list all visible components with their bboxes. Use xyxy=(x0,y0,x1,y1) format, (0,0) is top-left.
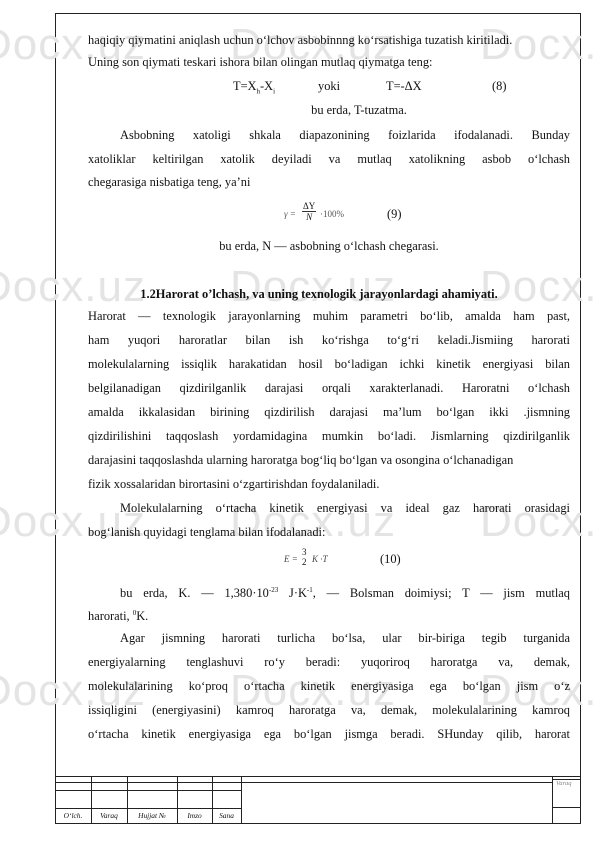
text-part: J·K xyxy=(278,586,307,600)
stamp-line xyxy=(552,807,581,808)
formula-part: γ = xyxy=(284,207,296,222)
text-line: Molekulalarning o‘rtacha kinetik energiy… xyxy=(88,501,570,516)
equation-number: (9) xyxy=(387,207,401,222)
text-part: K. xyxy=(136,609,148,623)
stamp-label-date: Sana xyxy=(212,811,241,820)
text-line: Uning son qiymati teskari ishora bilan o… xyxy=(88,55,570,70)
numerator: ΔY xyxy=(302,201,316,212)
text-line: belgilanadigan qizdirilganlik darajasi o… xyxy=(88,381,570,396)
sheet-number-label: Varaq xyxy=(556,780,572,787)
formula-note: bu erda, N — asbobning o‘lchash chegaras… xyxy=(88,239,570,254)
exponent: -23 xyxy=(269,586,278,594)
fraction: 32 xyxy=(301,547,308,567)
equation-number: (8) xyxy=(492,79,506,94)
text-line: haqiqiy qiymatini aniqlash uchun o‘lchov… xyxy=(88,33,570,48)
text-part: harorati, xyxy=(88,609,133,623)
text-line: Agar jismning harorati turlicha bo‘lsa, … xyxy=(88,631,570,646)
text-line: o‘rtacha kinetik energiyasiga ega bo‘lga… xyxy=(88,727,570,742)
formula-part: T=X xyxy=(233,79,257,93)
fraction: ΔYN xyxy=(302,201,316,222)
text-line: harorati, 0K. xyxy=(88,606,570,624)
text-line: xatoliklar keltirilgan xatolik deyiladi … xyxy=(88,152,570,167)
denominator: N xyxy=(302,212,316,222)
stamp-line xyxy=(552,776,553,824)
formula-part: -X xyxy=(260,79,273,93)
text-part: , — Bolsman doimiysi; T — jism mutlaq xyxy=(313,586,570,600)
stamp-label-document-no: Hujjat № xyxy=(127,811,177,820)
section-heading: 1.2Harorat o’lchash, va uning texnologik… xyxy=(78,287,560,302)
formula-9: γ = ΔYN ·100% (9) xyxy=(88,203,570,229)
stamp-line xyxy=(55,790,241,791)
formula-sub: i xyxy=(273,87,275,95)
stamp-label-measure: O‘lch. xyxy=(55,811,91,820)
formula-part: ·100% xyxy=(320,207,344,222)
formula-part: E = xyxy=(284,552,298,567)
text-line: amalda ikkalasidan birining qizdirilish … xyxy=(88,405,570,420)
text-part: bu erda, K. — 1,380·10 xyxy=(120,586,269,600)
text-line: fizik xossalaridan birortasini o‘zgartir… xyxy=(88,477,570,492)
text-line: molekulalarining ko‘proq o‘rtacha kineti… xyxy=(88,679,570,694)
text-line: bu erda, K. — 1,380·10-23 J·K-1, — Bolsm… xyxy=(88,583,570,601)
formula-part: T=-ΔX xyxy=(386,79,422,94)
formula-note: bu erda, T-tuzatma. xyxy=(118,103,595,118)
stamp-label-signature: Imzo xyxy=(177,811,212,820)
text-line: Asbobning xatoligi shkala diapazonining … xyxy=(88,128,570,143)
stamp-line xyxy=(241,776,242,824)
text-line: chegarasiga nisbatiga teng, ya’ni xyxy=(88,175,570,190)
stamp-line xyxy=(55,808,241,809)
text-line: qizdirilishini taqqoslash yordamidagina … xyxy=(88,429,570,444)
text-line: molekulalarning issiqlik harakatidan hos… xyxy=(88,357,570,372)
text-line: darajasini taqqoslashda ularning harorat… xyxy=(88,453,570,468)
text-line: bog‘lanish quyidagi tenglama bilan ifoda… xyxy=(88,525,570,540)
text-line: energiyalarning tenglashuvi ro‘y beradi:… xyxy=(88,655,570,670)
stamp-label-sheet: Varaq xyxy=(91,811,127,820)
text-line: issiqligini (energiyasini) kamroq harora… xyxy=(88,703,570,718)
stamp-line xyxy=(55,776,581,777)
text-line: ham yuqori haroratlar bilan ish ko‘rishg… xyxy=(88,333,570,348)
numerator: 3 xyxy=(301,547,308,557)
stamp-line xyxy=(55,782,552,783)
formula-part: K ·T xyxy=(312,552,328,567)
formula-10: E = 32 K ·T (10) xyxy=(88,545,570,573)
text-line: Harorat — texnologik jarayonlarning muhi… xyxy=(76,309,570,324)
denominator: 2 xyxy=(301,557,308,567)
equation-number: (10) xyxy=(380,552,401,567)
formula-or: yoki xyxy=(318,79,340,94)
